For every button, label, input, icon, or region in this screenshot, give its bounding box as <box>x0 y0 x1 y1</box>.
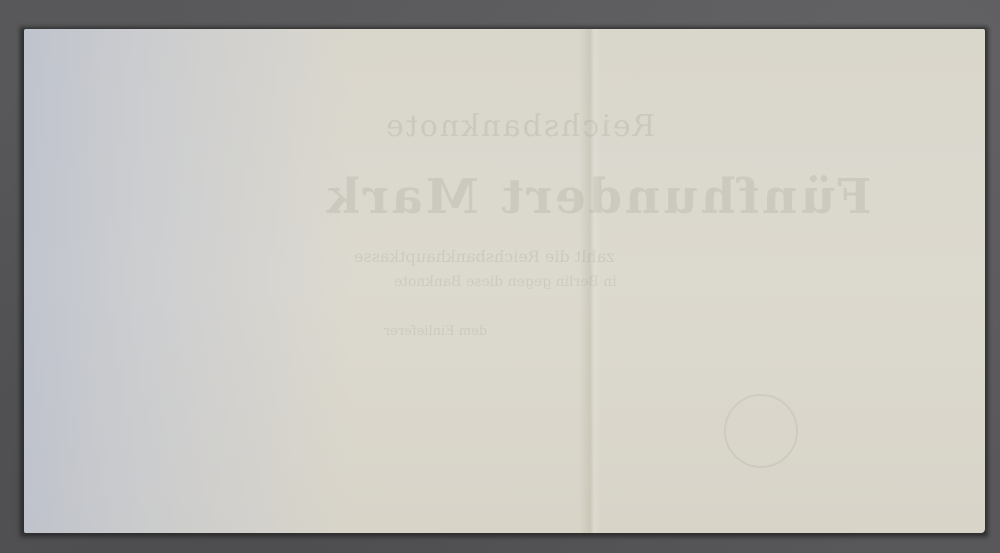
banknote-back: Reichsbanknote Fünfhundert Mark zahlt di… <box>24 29 985 533</box>
seal-show-through <box>724 394 798 468</box>
show-through-title: Reichsbanknote <box>384 109 655 144</box>
show-through-text: dem Einlieferer <box>384 324 487 339</box>
show-through-text: zahlt die Reichsbankhauptkasse <box>354 247 615 266</box>
fold-crease <box>579 29 601 533</box>
